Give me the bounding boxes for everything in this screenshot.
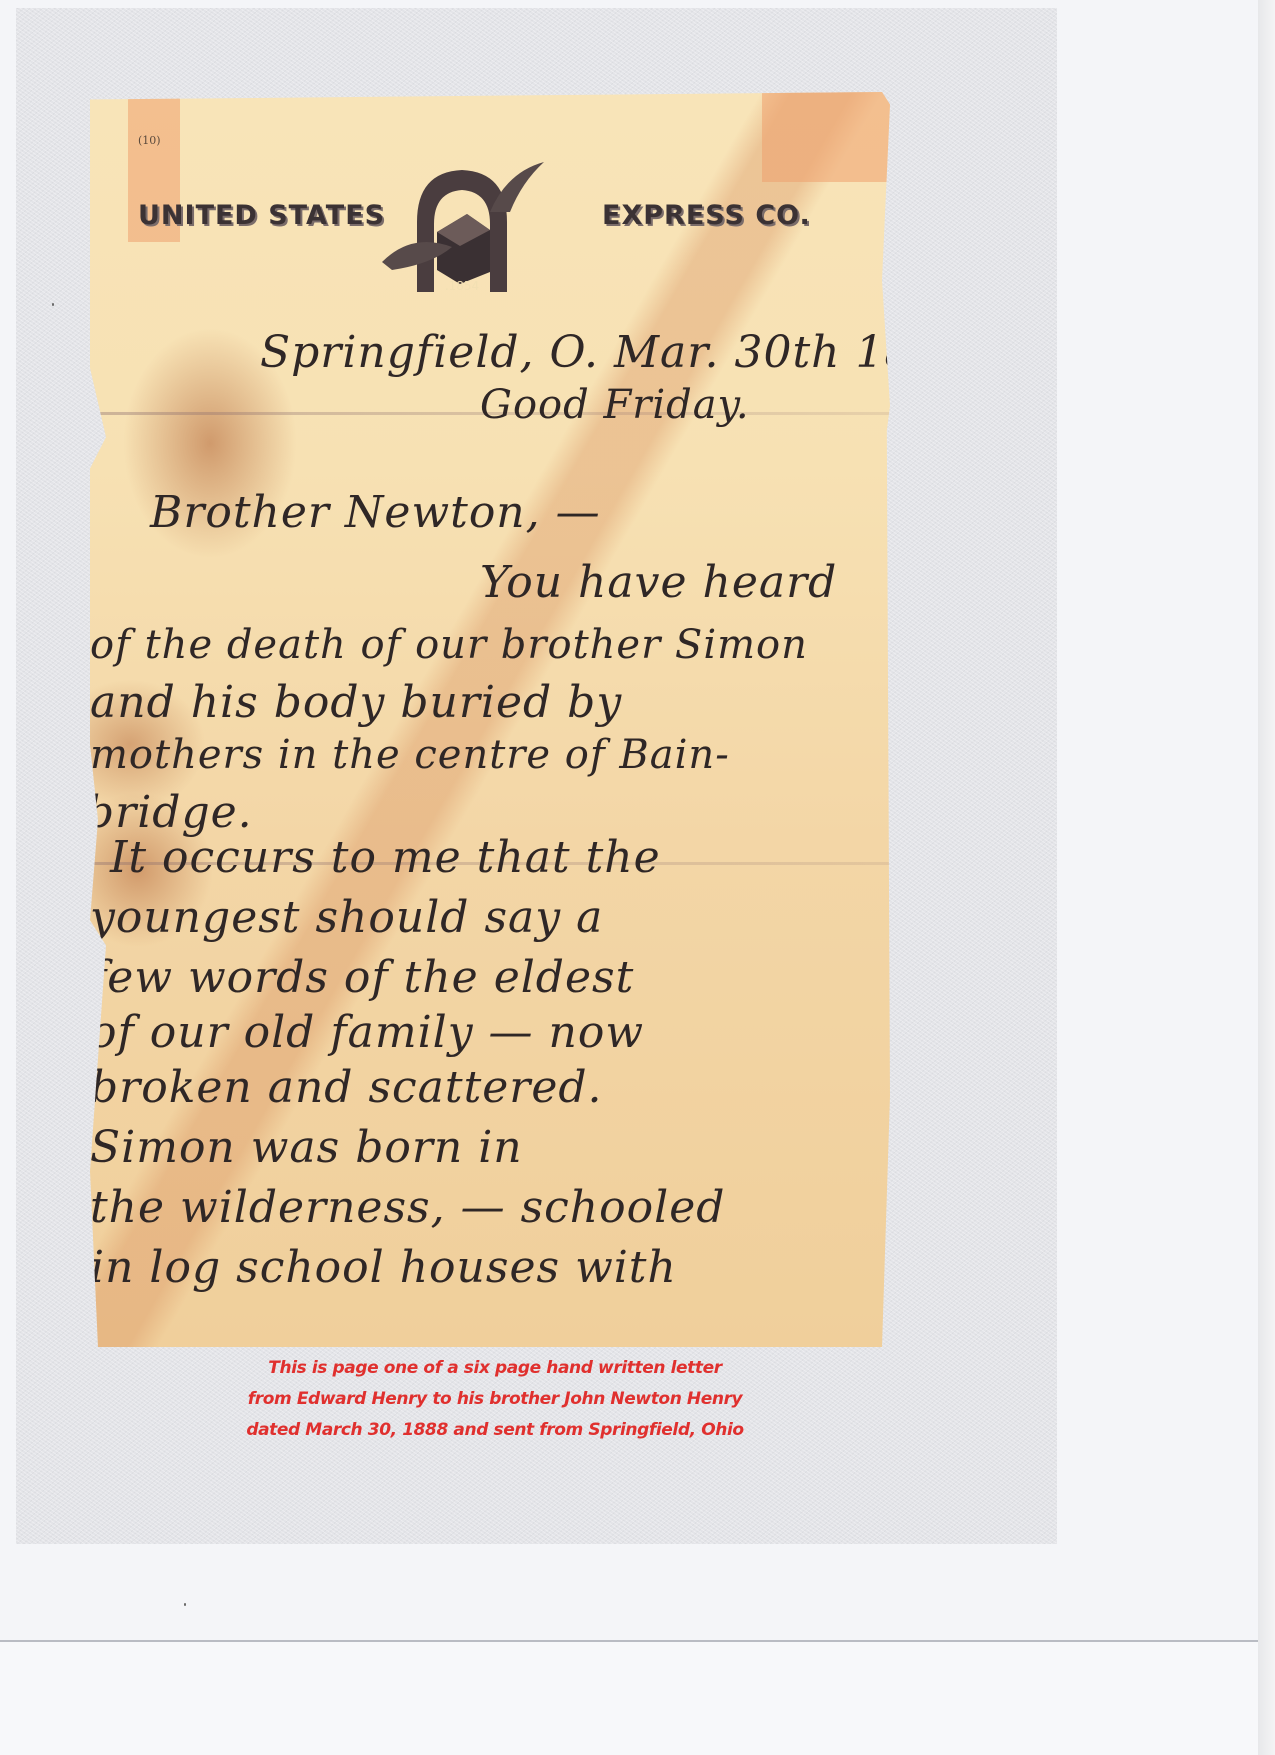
letter-line: the wilderness, — schooled [90, 1182, 725, 1233]
caption-line: dated March 30, 1888 and sent from Sprin… [140, 1415, 850, 1446]
caption-line: from Edward Henry to his brother John Ne… [140, 1384, 850, 1415]
letter-line: of our old family — now [90, 1007, 644, 1058]
letter-line: bridge. [86, 787, 253, 838]
letter-page: (10) UNITED STATES .1854 EXPRESS CO. Spr… [90, 92, 890, 1347]
letterhead-right: EXPRESS CO. [602, 200, 811, 231]
letter-line: Simon was born in [90, 1122, 523, 1173]
letter-line: It occurs to me that the [110, 832, 661, 883]
letter-line: of the death of our brother Simon [90, 622, 808, 668]
letter-line: You have heard [480, 557, 837, 608]
svg-text:.1854: .1854 [445, 279, 479, 293]
scanner-edge [1258, 0, 1275, 1755]
letter-line: few words of the eldest [90, 952, 634, 1003]
letterhead-left: UNITED STATES [138, 200, 385, 231]
letter-line: broken and scattered. [90, 1062, 603, 1113]
letter-line: youngest should say a [90, 892, 603, 943]
place-date-line: Springfield, O. Mar. 30th 1888 [260, 327, 971, 378]
tape-strip-right [762, 92, 890, 182]
caption: This is page one of a six page hand writ… [140, 1353, 850, 1446]
salutation: Brother Newton, — [150, 487, 601, 538]
letter-line: and his body buried by [90, 677, 622, 728]
letter-line: mothers in the centre of Bain- [90, 732, 730, 778]
eagle-emblem-icon: .1854 [372, 152, 552, 302]
page-marker: (10) [138, 134, 161, 147]
dust-speck [184, 1603, 186, 1606]
caption-line: This is page one of a six page hand writ… [140, 1353, 850, 1384]
letter-line: in log school houses with [90, 1242, 677, 1293]
dust-speck [52, 303, 54, 306]
day-line: Good Friday. [480, 382, 750, 428]
